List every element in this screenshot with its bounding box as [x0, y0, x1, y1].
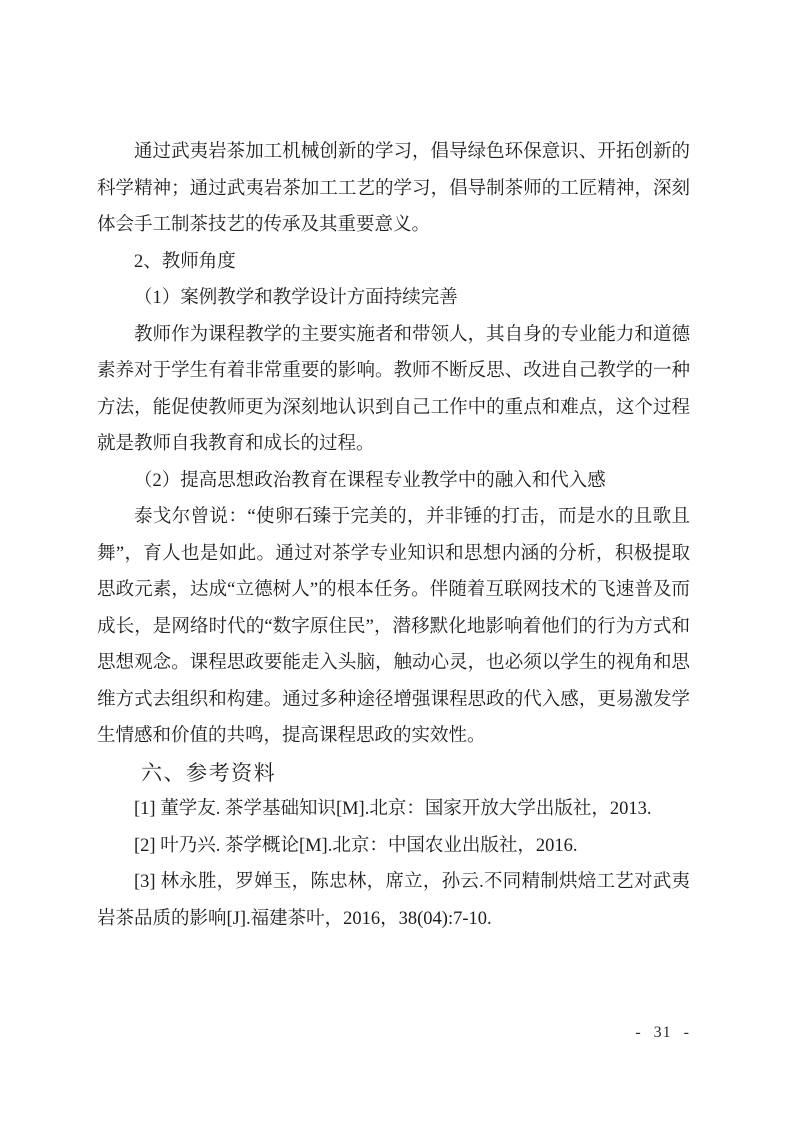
page-number: - 31 - [97, 1021, 690, 1045]
paragraph: 泰戈尔曾说：“使卵石臻于完美的，并非锤的打击，而是水的且歌且舞”，育人也是如此。… [97, 499, 690, 755]
paragraph: 2、教师角度 [97, 244, 690, 281]
paragraph: 教师作为课程教学的主要实施者和带领人，其自身的专业能力和道德素养对于学生有着非常… [97, 317, 690, 463]
section-heading: 六、参考资料 [97, 755, 690, 792]
document-page: 通过武夷岩茶加工机械创新的学习，倡导绿色环保意识、开拓创新的科学精神；通过武夷岩… [0, 0, 794, 1123]
paragraph: （2）提高思想政治教育在课程专业教学中的融入和代入感 [97, 463, 690, 500]
reference-item: [3] 林永胜，罗婵玉，陈忠林，席立，孙云.不同精制烘焙工艺对武夷岩茶品质的影响… [97, 864, 690, 937]
paragraph: 通过武夷岩茶加工机械创新的学习，倡导绿色环保意识、开拓创新的科学精神；通过武夷岩… [97, 134, 690, 244]
reference-item: [1] 董学友. 茶学基础知识[M].北京：国家开放大学出版社，2013. [97, 791, 690, 828]
reference-item: [2] 叶乃兴. 茶学概论[M].北京：中国农业出版社，2016. [97, 828, 690, 865]
paragraph: （1）案例教学和教学设计方面持续完善 [97, 280, 690, 317]
page-body: 通过武夷岩茶加工机械创新的学习，倡导绿色环保意识、开拓创新的科学精神；通过武夷岩… [97, 134, 690, 937]
